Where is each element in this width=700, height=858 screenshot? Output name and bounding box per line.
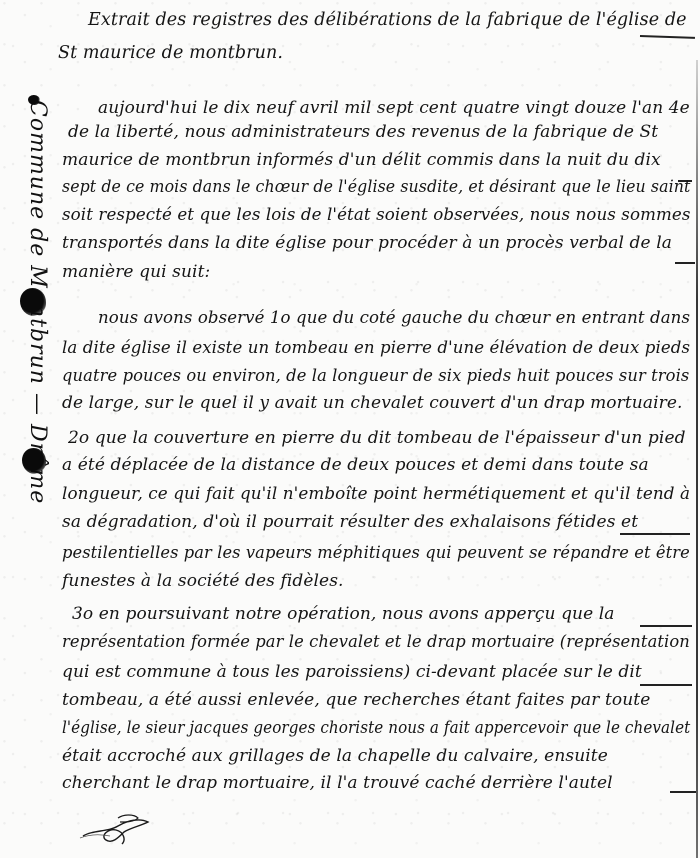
- ink-blot: [28, 95, 40, 105]
- paragraph-4-line-6: était accroché aux grillages de la chape…: [62, 746, 608, 766]
- paragraph-3-line-6: funestes à la société des fidèles.: [62, 571, 344, 591]
- paragraph-3-line-3: longueur, ce qui fait qu'il n'emboîte po…: [62, 484, 690, 504]
- paragraph-1-line-7: manière qui suit:: [62, 262, 210, 282]
- paragraph-4-line-4: tombeau, a été aussi enlevée, que recher…: [62, 690, 650, 710]
- margin-annotation: Commune de Montbrun — Drôme: [10, 100, 50, 570]
- ink-blot: [20, 288, 46, 316]
- paragraph-3-line-1: 2o que la couverture en pierre du dit to…: [68, 428, 686, 448]
- paragraph-3-line-5: pestilentielles par les vapeurs méphitiq…: [62, 543, 690, 563]
- line-filler: [640, 684, 692, 686]
- paragraph-2-line-1: nous avons observé 1o que du coté gauche…: [98, 308, 690, 328]
- title-line-1: Extrait des registres des délibérations …: [88, 10, 687, 30]
- paragraph-4-line-5: l'église, le sieur jacques georges chori…: [62, 718, 690, 738]
- paragraph-4-line-3: qui est commune à tous les paroissiens) …: [62, 662, 642, 682]
- line-filler: [670, 791, 696, 793]
- paraph-flourish-icon: [78, 808, 168, 848]
- line-filler: [640, 35, 695, 38]
- ink-blot: [22, 448, 46, 474]
- paragraph-2-line-4: de large, sur le quel il y avait un chev…: [62, 393, 683, 413]
- title-line-2: St maurice de montbrun.: [58, 43, 283, 63]
- paragraph-2-line-2: la dite église il existe un tombeau en p…: [62, 338, 690, 358]
- paragraph-4-line-2: représentation formée par le chevalet et…: [62, 632, 690, 652]
- paragraph-1-line-3: maurice de montbrun informés d'un délit …: [62, 150, 661, 170]
- paragraph-1-line-5: soit respecté et que les lois de l'état …: [62, 205, 690, 225]
- paragraph-2-line-3: quatre pouces ou environ, de la longueur…: [62, 366, 689, 386]
- page-edge-line: [696, 60, 698, 858]
- paragraph-1-line-4: sept de ce mois dans le chœur de l'églis…: [62, 177, 690, 197]
- paragraph-4-line-1: 3o en poursuivant notre opération, nous …: [72, 604, 615, 624]
- paragraph-1-line-6: transportés dans la dite église pour pro…: [62, 233, 672, 253]
- paragraph-1-line-2: de la liberté, nous administrateurs des …: [68, 122, 658, 142]
- line-filler: [675, 262, 695, 264]
- line-filler: [640, 625, 692, 627]
- paragraph-1-line-1: aujourd'hui le dix neuf avril mil sept c…: [98, 98, 690, 118]
- manuscript-page: Commune de Montbrun — Drôme Extrait des …: [0, 0, 700, 858]
- paragraph-3-line-2: a été déplacée de la distance de deux po…: [62, 455, 649, 475]
- line-filler: [620, 533, 690, 535]
- paragraph-3-line-4: sa dégradation, d'où il pourrait résulte…: [62, 512, 638, 532]
- paragraph-4-line-7: cherchant le drap mortuaire, il l'a trou…: [62, 773, 613, 793]
